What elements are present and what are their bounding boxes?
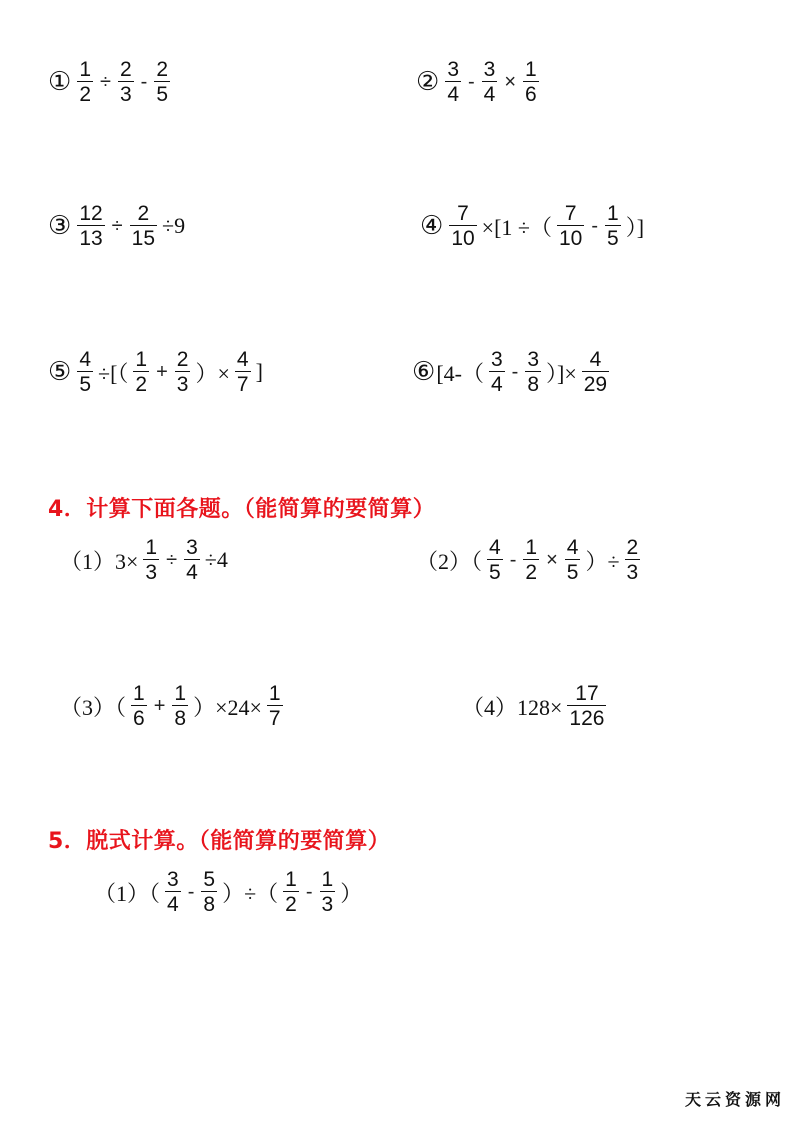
operator: - xyxy=(188,881,195,904)
expression-text: ×[1 ÷（ xyxy=(482,211,552,242)
expression-text: ÷9 xyxy=(162,213,185,239)
math-expression-p6: ⑥[4-（34-38）]×429 xyxy=(412,342,614,402)
numerator: 3 xyxy=(489,349,505,371)
operator: - xyxy=(141,71,148,94)
denominator: 3 xyxy=(175,372,191,395)
expression-text: ）] xyxy=(626,211,644,242)
fraction: 18 xyxy=(172,683,188,730)
denominator: 5 xyxy=(154,82,170,105)
denominator: 2 xyxy=(77,82,93,105)
numerator: 5 xyxy=(201,869,217,891)
numerator: 1 xyxy=(267,683,283,705)
numerator: 1 xyxy=(523,59,539,81)
denominator: 3 xyxy=(625,560,641,583)
expression-text: ）×24× xyxy=(193,691,262,722)
denominator: 8 xyxy=(201,892,217,915)
numerator: 1 xyxy=(283,869,299,891)
section-5-heading: 5．脱式计算。（能简算的要简算） xyxy=(48,824,390,855)
denominator: 4 xyxy=(482,82,498,105)
numerator: 2 xyxy=(118,59,134,81)
denominator: 4 xyxy=(184,560,200,583)
problem-number: ④ xyxy=(420,211,443,241)
denominator: 29 xyxy=(582,372,609,395)
numerator: 7 xyxy=(455,203,471,225)
numerator: 2 xyxy=(154,59,170,81)
denominator: 2 xyxy=(523,560,539,583)
operator: ÷ xyxy=(100,71,111,94)
operator: - xyxy=(510,549,517,572)
denominator: 7 xyxy=(235,372,251,395)
math-expression-q2: （2）（45-12×45）÷23 xyxy=(416,530,645,590)
fraction: 38 xyxy=(525,349,541,396)
denominator: 5 xyxy=(77,372,93,395)
denominator: 4 xyxy=(489,372,505,395)
fraction: 23 xyxy=(625,537,641,584)
fraction: 45 xyxy=(77,349,93,396)
numerator: 4 xyxy=(77,349,93,371)
denominator: 5 xyxy=(487,560,503,583)
denominator: 4 xyxy=(445,82,461,105)
denominator: 8 xyxy=(172,706,188,729)
fraction: 710 xyxy=(557,203,584,250)
math-expression-p3: ③1213÷215÷9 xyxy=(48,196,185,256)
operator: - xyxy=(512,361,519,384)
expression-text: ÷4 xyxy=(205,547,228,573)
operator: × xyxy=(546,549,558,572)
numerator: 1 xyxy=(131,683,147,705)
numerator: 1 xyxy=(523,537,539,559)
denominator: 6 xyxy=(131,706,147,729)
denominator: 3 xyxy=(320,892,336,915)
fraction: 13 xyxy=(320,869,336,916)
denominator: 126 xyxy=(567,706,606,729)
denominator: 5 xyxy=(605,226,621,249)
numerator: 1 xyxy=(172,683,188,705)
expression-text: ）]× xyxy=(546,357,577,388)
denominator: 7 xyxy=(267,706,283,729)
expression-text: （1）（ xyxy=(94,877,160,908)
operator: - xyxy=(306,881,313,904)
numerator: 3 xyxy=(184,537,200,559)
fraction: 25 xyxy=(154,59,170,106)
expression-text: （3）（ xyxy=(60,691,126,722)
fraction: 34 xyxy=(482,59,498,106)
expression-text: [4-（ xyxy=(436,357,484,388)
fraction: 34 xyxy=(184,537,200,584)
fraction: 23 xyxy=(118,59,134,106)
numerator: 1 xyxy=(320,869,336,891)
denominator: 2 xyxy=(283,892,299,915)
numerator: 4 xyxy=(487,537,503,559)
numerator: 4 xyxy=(565,537,581,559)
expression-text: ÷[（ xyxy=(98,357,128,388)
problem-number: ⑤ xyxy=(48,357,71,387)
numerator: 3 xyxy=(525,349,541,371)
fraction: 17 xyxy=(267,683,283,730)
fraction: 16 xyxy=(523,59,539,106)
denominator: 15 xyxy=(130,226,157,249)
denominator: 6 xyxy=(523,82,539,105)
watermark-logo: 天云资源网 xyxy=(685,1087,785,1110)
numerator: 17 xyxy=(573,683,600,705)
math-expression-r1: （1）（34-58）÷（12-13） xyxy=(94,862,362,922)
numerator: 1 xyxy=(133,349,149,371)
expression-text: ）÷ xyxy=(585,545,619,576)
fraction: 429 xyxy=(582,349,609,396)
section-4-heading: 4．计算下面各题。（能简算的要简算） xyxy=(48,492,435,523)
fraction: 710 xyxy=(449,203,476,250)
numerator: 3 xyxy=(165,869,181,891)
fraction: 12 xyxy=(283,869,299,916)
fraction: 12 xyxy=(77,59,93,106)
fraction: 34 xyxy=(489,349,505,396)
math-expression-q4: （4）128×17126 xyxy=(462,676,611,736)
denominator: 10 xyxy=(557,226,584,249)
math-expression-q3: （3）（16+18）×24×17 xyxy=(60,676,288,736)
operator: - xyxy=(468,71,475,94)
operator: + xyxy=(156,361,168,384)
numerator: 1 xyxy=(605,203,621,225)
fraction: 58 xyxy=(201,869,217,916)
expression-text: （1）3× xyxy=(60,545,138,576)
math-expression-p4: ④710 ×[1 ÷（710-15）] xyxy=(420,196,644,256)
math-expression-p5: ⑤45 ÷[（12+23）×47] xyxy=(48,342,263,402)
denominator: 10 xyxy=(449,226,476,249)
fraction: 12 xyxy=(133,349,149,396)
numerator: 7 xyxy=(563,203,579,225)
numerator: 4 xyxy=(235,349,251,371)
fraction: 45 xyxy=(565,537,581,584)
expression-text: （4）128× xyxy=(462,691,562,722)
fraction: 15 xyxy=(605,203,621,250)
fraction: 12 xyxy=(523,537,539,584)
denominator: 5 xyxy=(565,560,581,583)
operator: - xyxy=(591,215,598,238)
expression-text: ] xyxy=(256,359,263,385)
expression-text: ）÷（ xyxy=(222,877,278,908)
numerator: 3 xyxy=(482,59,498,81)
fraction: 47 xyxy=(235,349,251,396)
numerator: 3 xyxy=(445,59,461,81)
fraction: 16 xyxy=(131,683,147,730)
operator: + xyxy=(154,695,166,718)
numerator: 2 xyxy=(175,349,191,371)
fraction: 13 xyxy=(143,537,159,584)
numerator: 2 xyxy=(625,537,641,559)
denominator: 3 xyxy=(143,560,159,583)
denominator: 3 xyxy=(118,82,134,105)
denominator: 8 xyxy=(525,372,541,395)
math-expression-p1: ①12÷23-25 xyxy=(48,52,175,112)
problem-number: ② xyxy=(416,67,439,97)
numerator: 2 xyxy=(135,203,151,225)
expression-text: ）× xyxy=(195,357,229,388)
operator: × xyxy=(504,71,516,94)
fraction: 23 xyxy=(175,349,191,396)
expression-text: ） xyxy=(340,877,362,908)
operator: ÷ xyxy=(166,549,177,572)
operator: ÷ xyxy=(112,215,123,238)
math-expression-p2: ②34-34×16 xyxy=(416,52,544,112)
numerator: 1 xyxy=(143,537,159,559)
numerator: 1 xyxy=(77,59,93,81)
fraction: 45 xyxy=(487,537,503,584)
problem-number: ① xyxy=(48,67,71,97)
expression-text: （2）（ xyxy=(416,545,482,576)
fraction: 34 xyxy=(445,59,461,106)
problem-number: ③ xyxy=(48,211,71,241)
problem-number: ⑥ xyxy=(412,357,435,387)
denominator: 2 xyxy=(133,372,149,395)
math-expression-q1: （1）3×13÷34÷4 xyxy=(60,530,228,590)
denominator: 4 xyxy=(165,892,181,915)
fraction: 34 xyxy=(165,869,181,916)
fraction: 1213 xyxy=(77,203,104,250)
numerator: 12 xyxy=(77,203,104,225)
fraction: 17126 xyxy=(567,683,606,730)
numerator: 4 xyxy=(588,349,604,371)
fraction: 215 xyxy=(130,203,157,250)
denominator: 13 xyxy=(77,226,104,249)
